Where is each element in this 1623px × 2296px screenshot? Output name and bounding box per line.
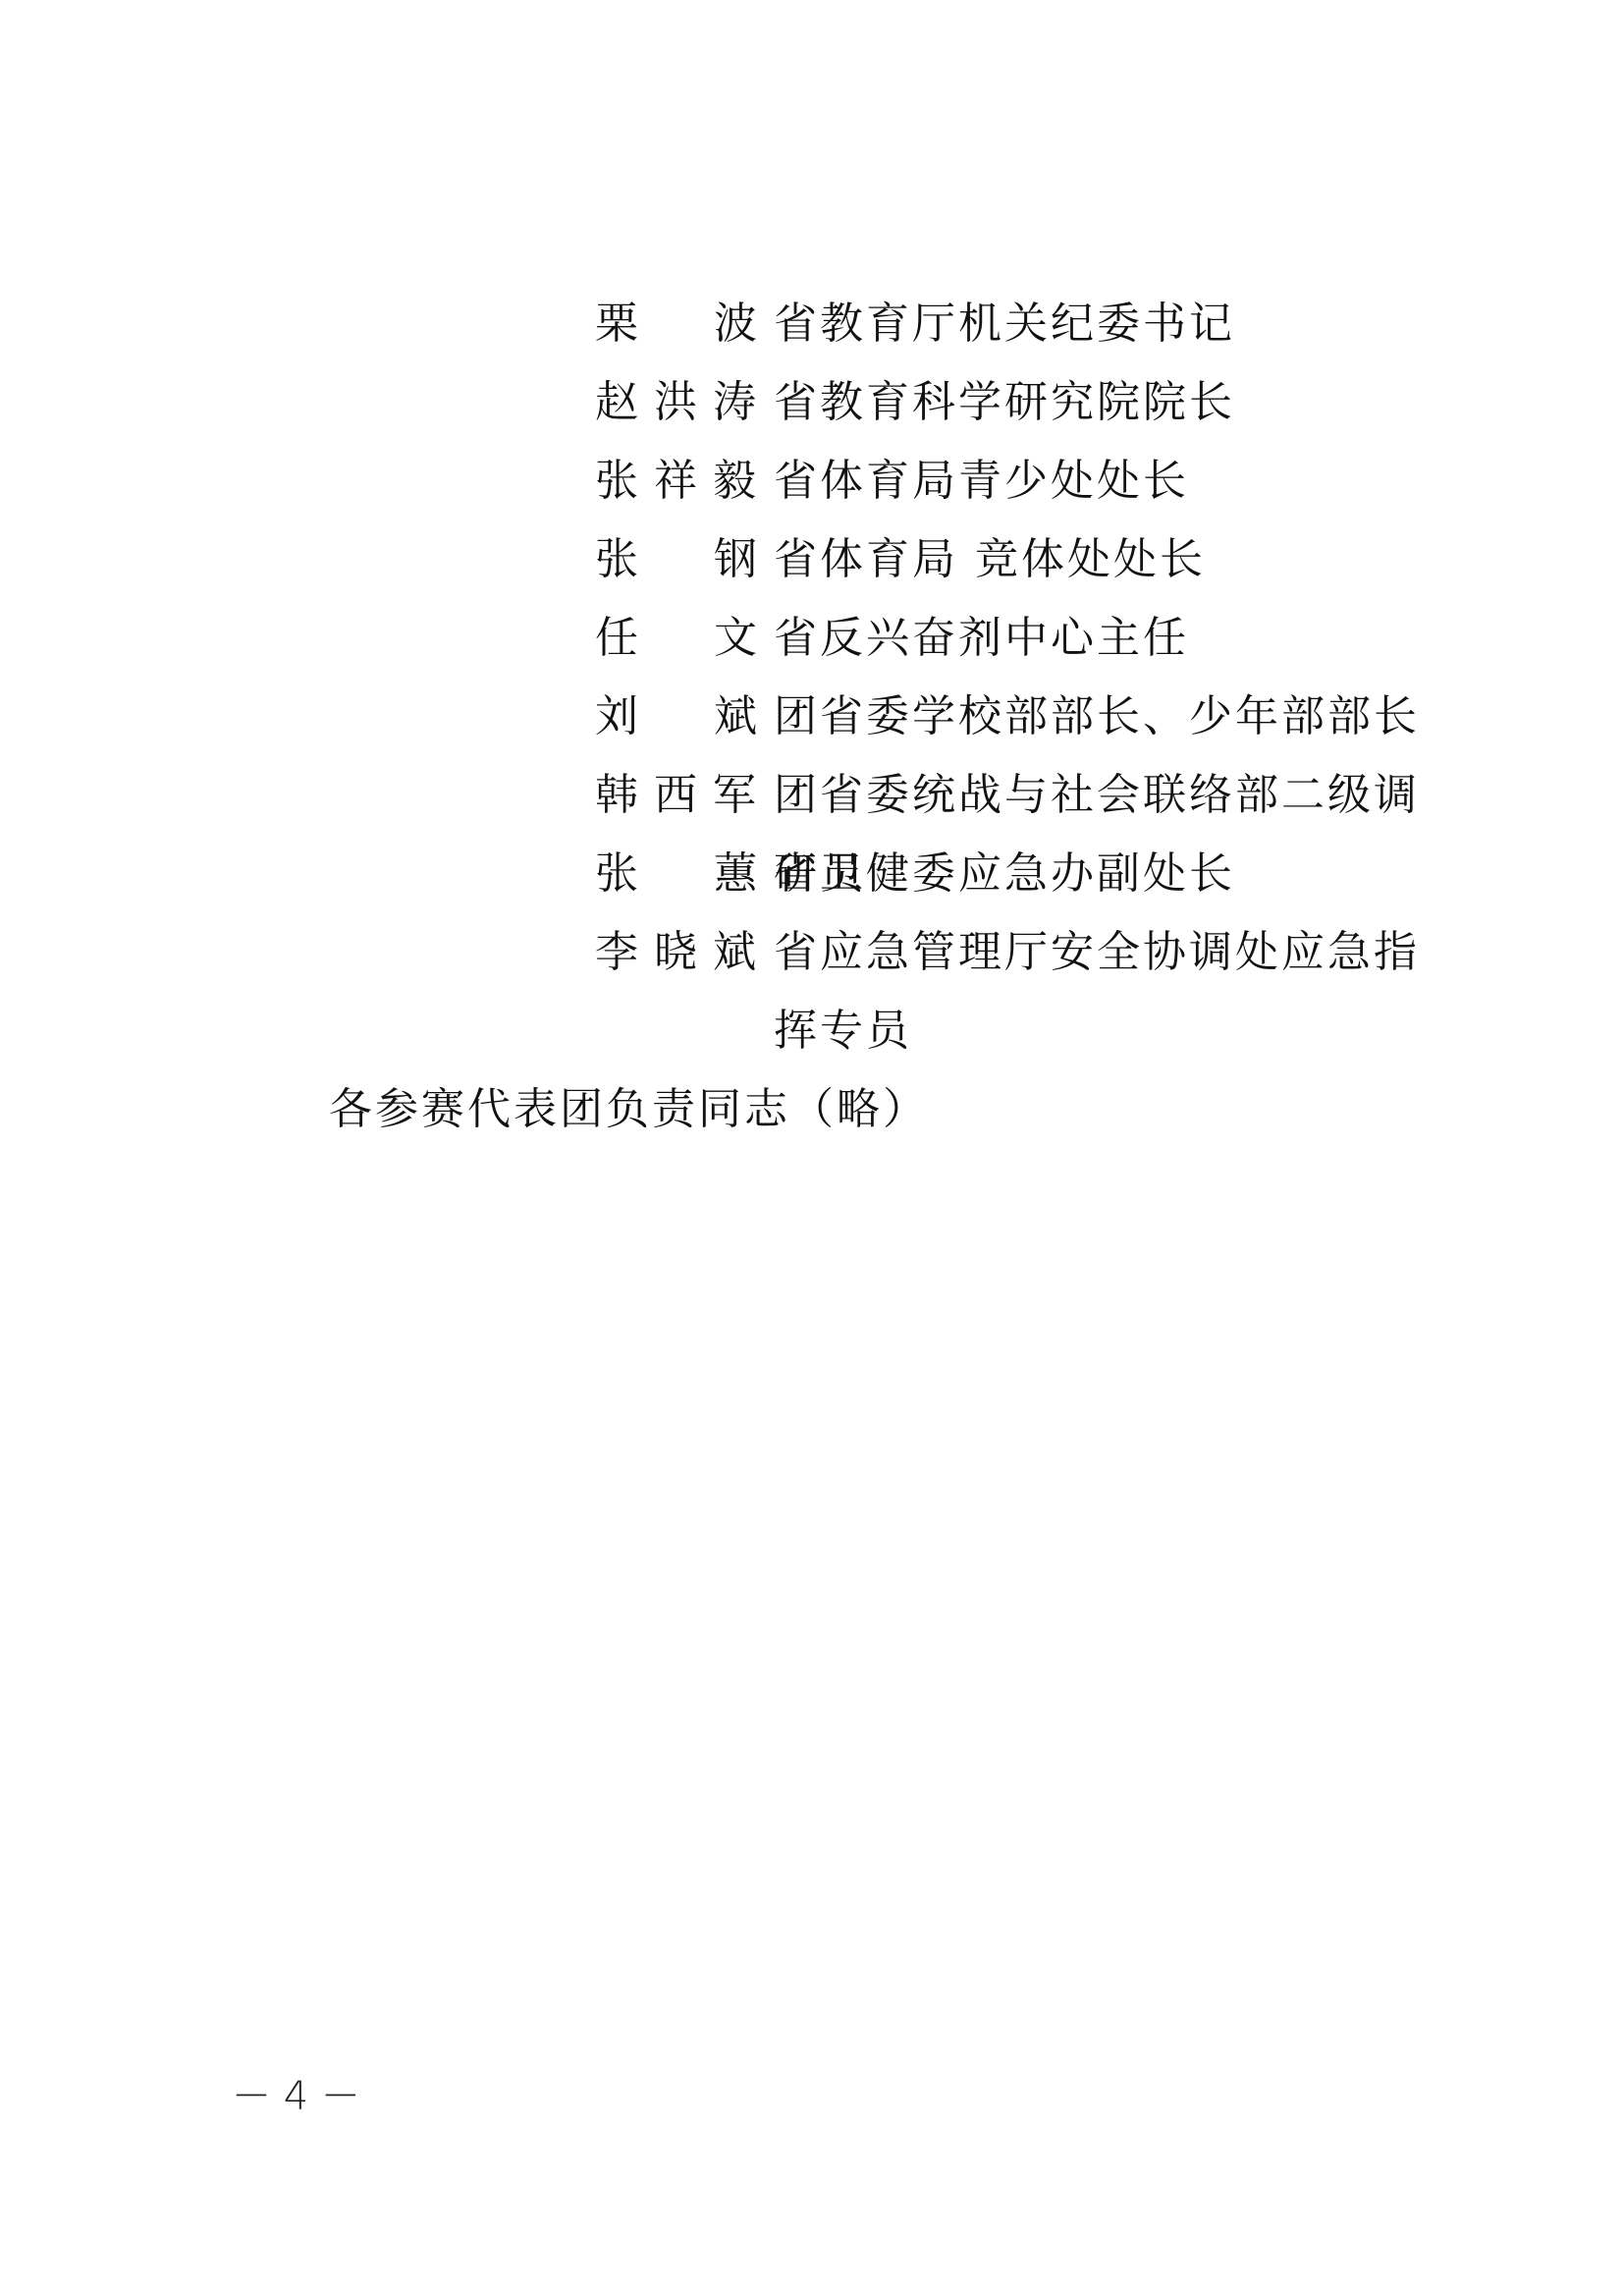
person-title: 省应急管理厅安全协调处应急指挥专员: [774, 913, 1439, 1070]
document-page: 栗波 省教育厅机关纪委书记 赵洪涛 省教育科学研究院院长 张祥毅 省体育局青少处…: [0, 0, 1623, 2296]
roster-row: 栗波 省教育厅机关纪委书记: [595, 285, 1439, 363]
person-name: 栗波: [595, 285, 774, 363]
person-name: 张钢: [595, 520, 774, 599]
person-title: 省教育科学研究院院长: [774, 363, 1439, 442]
person-title: 省体育局 竞体处处长: [774, 520, 1439, 599]
person-name: 张蕙: [595, 835, 774, 913]
person-name: 刘斌: [595, 678, 774, 756]
roster-row: 韩西军 团省委统战与社会联络部二级调研员: [595, 756, 1439, 835]
person-name: 李晓斌: [595, 913, 774, 992]
person-title: 省卫健委应急办副处长: [774, 835, 1439, 913]
roster-row: 赵洪涛 省教育科学研究院院长: [595, 363, 1439, 442]
person-name: 任文: [595, 599, 774, 678]
person-name: 张祥毅: [595, 442, 774, 520]
roster-row: 张蕙 省卫健委应急办副处长: [595, 835, 1439, 913]
person-title: 省教育厅机关纪委书记: [774, 285, 1439, 363]
roster-row: 张钢 省体育局 竞体处处长: [595, 520, 1439, 599]
roster-row: 任文 省反兴奋剂中心主任: [595, 599, 1439, 678]
page-number: － 4 －: [232, 2067, 360, 2126]
delegation-heads-note: 各参赛代表团负责同志（略）: [329, 1070, 929, 1149]
roster-row: 张祥毅 省体育局青少处处长: [595, 442, 1439, 520]
person-name: 韩西军: [595, 756, 774, 835]
personnel-roster: 栗波 省教育厅机关纪委书记 赵洪涛 省教育科学研究院院长 张祥毅 省体育局青少处…: [595, 285, 1439, 1070]
person-title: 省反兴奋剂中心主任: [774, 599, 1439, 678]
person-name: 赵洪涛: [595, 363, 774, 442]
person-title: 团省委学校部部长、少年部部长: [774, 678, 1439, 756]
person-title: 省体育局青少处处长: [774, 442, 1439, 520]
roster-row: 刘斌 团省委学校部部长、少年部部长: [595, 678, 1439, 756]
roster-row: 李晓斌 省应急管理厅安全协调处应急指挥专员: [595, 913, 1439, 1070]
